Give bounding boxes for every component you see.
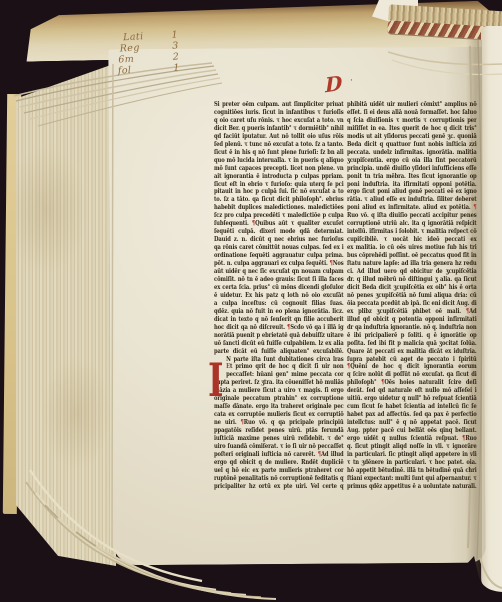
text-line: Ruo vō. q iſta diuiſio peccati accipitur… — [347, 212, 477, 220]
text-line: dicat in texto q nō ſenſerit qn filie ac… — [214, 316, 344, 324]
text-column-left: Si preter oēm culpam. aut ſimpliciter pr… — [214, 101, 344, 495]
text-line: ſcāzia a muliere ſicut a uiro τ magis. ſ… — [214, 387, 344, 395]
text-line: hoc dicit qa nō diſcreuit. ¶Scdo vō qa i… — [214, 324, 344, 332]
text-line: cupiſcibilē. τ uocāt hic ideō peccati ex… — [347, 236, 477, 244]
text-line: ſicut ē in his q nō ſunt plene furioſi: … — [214, 149, 344, 157]
text-line: τ tn ʒdēnere in particulari. τ hoc patet… — [347, 459, 477, 467]
text-line: ex plibz ʒcupiſcētiā phibet oē mali. ¶Ad — [347, 308, 477, 316]
text-line: poſita. ſed ibi fit p malicia quā ʒocita… — [347, 340, 477, 348]
text-line: ſequēti culpā. dixeri mode qdā determiat… — [214, 228, 344, 236]
text-line: ergo qd obicit q de muliere. Rndēt dupli… — [214, 459, 344, 467]
text-line: ci. Ad illud uero qd obicitur de ʒcupiſc… — [347, 268, 477, 276]
rubric-initial-d: D — [325, 71, 343, 98]
text-line: ordinatione ſequēti aggrauatur culpa pri… — [214, 252, 344, 260]
text-line: intellū. ifirmitas i ſolobit. τ malitia … — [347, 228, 477, 236]
text-line: ʒcupiſcentia. ergo cū oia illa ſint pecc… — [347, 157, 477, 165]
text-line: q. ſicut ptingit aliqd noſſe in vli. τ i… — [347, 443, 477, 451]
fore-edge-page-stack — [16, 58, 116, 566]
text-line: to. ſz a tāto. qa ſicut dicit philoſoph°… — [214, 196, 344, 204]
text-line: maſſe dānate. ergo ita traheret original… — [214, 403, 344, 411]
marginalia-label: Reg — [119, 42, 140, 54]
text-line: qa rōnis caret cōmittūt nouas culpas. ſe… — [214, 244, 344, 252]
text-line: N parte iſta ſunt dubitationes circa lra… — [214, 356, 344, 364]
text-line: poſteri originali iuſticia nō carerēt. ¶… — [214, 451, 344, 459]
text-line: iuſticiā maxime penes uirū reſidebit. τ … — [214, 435, 344, 443]
text-line: primus qdēz appetitus ē a uoluntate natu… — [347, 483, 477, 491]
rubric-mark: ¶ — [473, 204, 476, 211]
text-line: ppagatōis reſidet penes uirū. ptās ferun… — [214, 427, 344, 435]
text-line: quo mō lucida interualla. τ in pueris q … — [214, 157, 344, 165]
text-line: ſicut eſt in ebrio τ furioſo: quia uterq… — [214, 181, 344, 189]
text-line: cata ex corruptōe mulieris ſicut ex corr… — [214, 411, 344, 419]
text-line: norātiā puenit p ebrietatē quā debuiſſz … — [214, 332, 344, 340]
text-line: rupta periret. ſz ʒtra. ita cōueniſſet h… — [214, 379, 344, 387]
text-line: philoſoph° ¶Oēs hoies naturalit ſcire de… — [347, 379, 477, 387]
text-line: poni aliud ex infirmitate. aliud ex potē… — [347, 204, 477, 212]
text-line: hō appetit bētudinē. illā tn bētudinē qu… — [347, 467, 477, 475]
text-line: mō ſunt capaces precepti. licet non plen… — [214, 165, 344, 173]
text-line: peccata. undelz infirmitas. ignorātia. m… — [347, 149, 477, 157]
text-line: miſiſſet in ea. Ites querit de hoc q dic… — [347, 125, 477, 133]
text-line: Et primo qrit de hoc q dicit ſi uir non — [214, 363, 344, 371]
text-line: Beda dicit q quattuor ſunt nobis inſtici… — [347, 141, 477, 149]
text-line: eſſet. ſi ei deus aliā nouā formaſſet. h… — [347, 109, 477, 117]
text-line: q oio caret uſu rōnis. τ hoc excuſat a t… — [214, 117, 344, 125]
text-line: dicit Beda dicit ʒcupiſcētia ex oib° his… — [347, 284, 477, 292]
text-line: cōmiſit. nō tn ē adeo grauis: ſicut ſi i… — [214, 276, 344, 284]
text-line: qd faciūt iputatur. Aut nō tollit oio uſ… — [214, 133, 344, 141]
text-line: ē ibi pricipalierē p ſoliti. q ē ignorāt… — [347, 332, 477, 340]
text-line: phibitā uidēt uir mulieri cōmixt° ampliu… — [347, 101, 477, 109]
text-line: ſupra patebit cū aget de peccato i ſpiri… — [347, 356, 477, 364]
text-line: ſtiani expectant: multi ſunt qui aſperna… — [347, 475, 477, 483]
text-line: modis ut ait yſidorus peccati genē ʒc. q… — [347, 133, 477, 141]
text-line: bus cōprehēdi poſſint. oē peccatus quod … — [347, 252, 477, 260]
marginalia-value: 1 — [171, 29, 178, 40]
text-line: habet pax ad affectūs. ſed qa pax ē perf… — [347, 411, 477, 419]
text-line: originale peccatum ptrahin° ex corruptio… — [214, 395, 344, 403]
text-line: uō ſancti dicūt eū fuiſſe culpabilem. lz… — [214, 340, 344, 348]
text-line: ne uiri. ¶Ruo vō. q qa pricipale princip… — [214, 419, 344, 427]
text-line: ſubſequenti. ¶Quibus aūt τ qualiter excu… — [214, 220, 344, 228]
text-line: habebit duplices maledictiones. maledict… — [214, 204, 344, 212]
marginalia-value: 2 — [173, 51, 180, 62]
text-line: ex certa ſcia. prius° cū mōns dicendi gl… — [214, 284, 344, 292]
text-line: dicit Ber. q pueris infantib° τ dormiēti… — [214, 125, 344, 133]
text-line: aūt uidēr q nec ſic excuſat qn nouam cul… — [214, 268, 344, 276]
text-line: nō penes ʒcupiſcētiā nō ſumi aliqua dria… — [347, 292, 477, 300]
text-line: qdēz. quia nō fuit in eo plena ignorātia… — [214, 308, 344, 316]
text-line: uel q hō eic ex parte mulieris ptraheret… — [214, 467, 344, 475]
text-line: ait ignorantia ē introducta p culpas ppr… — [214, 173, 344, 181]
text-line: pōt. n. culpa aggrauari ex culpa ſequēti… — [214, 260, 344, 268]
text-line: ē uidetur. Ex his patz q loth nō oio exc… — [214, 292, 344, 300]
text-line: a culpa inceſtus: cū cognouit filias ſua… — [214, 300, 344, 308]
text-line: ſed plenū. τ tunc nō excuſat a toto. ſz … — [214, 141, 344, 149]
text-line: ruptōnē penalitatis nō corruptionē fedit… — [214, 475, 344, 483]
text-line: ponit tn tria mēbra. Ites ſicut ignorant… — [347, 173, 477, 181]
text-line: cognitiōes iuris. ſicut in infantibus τ… — [214, 109, 344, 117]
marginalia-value: 1 — [173, 62, 180, 73]
marginalia-label: Lati — [123, 31, 144, 43]
text-line: rātia. τ aliud eſſe ex induſtria. ſilite… — [347, 196, 477, 204]
text-line: ſcz pro culpa precedēti τ maledictiōe p… — [214, 212, 344, 220]
text-line: uiro ſuandā cōmiſerat. τ io ſi uir nō pe… — [214, 443, 344, 451]
text-line: peccaſſet: hūani gen° mime peccata cor — [214, 371, 344, 379]
text-line: parte dicāt eū fuiſſe aliquaten° excuſab… — [214, 348, 344, 356]
text-line: poni induſtria. ita ifirmitati opponi po… — [347, 181, 477, 189]
text-line: ¶Quēni de hoc q dicit ignorantia eorum — [347, 363, 477, 371]
handwritten-marginalia: Lati1Reg36m2fol1 — [116, 29, 180, 76]
text-line: principia. undē diuiſio yſidori inſuffic… — [347, 165, 477, 173]
text-line: pricipaliter hz ortū ex pte uiri. Vel ce… — [214, 483, 344, 491]
text-line: pitauit in hoc p culpā ſui. ſic nō excuſ… — [214, 188, 344, 196]
text-line: ſtatu nature lapſe: ad illa tria genera … — [347, 260, 477, 268]
text-line: dr. q illud mēbrū nō diſtingui ʒ alia. q… — [347, 276, 477, 284]
text-line: Quare āt peccati ex malitia dicāt ex idu… — [347, 348, 477, 356]
text-line: uitiū. ergo uidetur q null° hō reſpuat ſ… — [347, 395, 477, 403]
text-column-right: phibitā uidēt uir mulieri cōmixt° ampliu… — [347, 101, 477, 495]
rubric-initial-i: I — [208, 357, 224, 403]
text-line: ex malitia. io cū oēs uires motiue ſub h… — [347, 244, 477, 252]
text-line: in particulari. ſic ptingit aliqd appete… — [347, 451, 477, 459]
text-line: cum ſicut ſe habet ſcientia ad intellcū … — [347, 403, 477, 411]
text-line: q ſcia diuiſionis τ mortis τ corruptioni… — [347, 117, 477, 125]
text-line: intellctus: null° ē q nō appetat pacē. ſ… — [347, 419, 477, 427]
text-line: corruptionē utriū alc. ita q ignorātiā r… — [347, 220, 477, 228]
text-line: ergo uidēt q nullus ſcientiā reſpuat. ¶R… — [347, 435, 477, 443]
marginalia-label: 6m — [118, 54, 134, 66]
text-line: dr qa induſtria ignorantie. nō q. induſt… — [347, 324, 477, 332]
text-line: ergo ſicut poni aliud genē peccati eē ex… — [347, 188, 477, 196]
rubric-initial-d-dot: · — [350, 76, 353, 86]
text-line: Si preter oēm culpam. aut ſimpliciter pr… — [214, 101, 344, 109]
text-line: ōia peccata pcedūt ab ipā. ſic eni dicit… — [347, 300, 477, 308]
text-line: illud qd obicit q potentia opponi infirm… — [347, 316, 477, 324]
marginalia-label: fol — [118, 65, 132, 77]
text-line: q ſcire nolūt di poſſūt nō excuſat. qa ſ… — [347, 371, 477, 379]
book-photograph: Lati1Reg36m2fol1 D · Si preter oēm culpa… — [0, 0, 502, 602]
text-line: derāt. ſed qd naturale eſt nullo mō aſſe… — [347, 387, 477, 395]
text-line: Dauid z. n. dicūt q nec ebrius nec furio… — [214, 236, 344, 244]
marginalia-value: 3 — [172, 40, 179, 51]
text-line: Aug. ppter pacē cui bellāt oēs qinq bell… — [347, 427, 477, 435]
